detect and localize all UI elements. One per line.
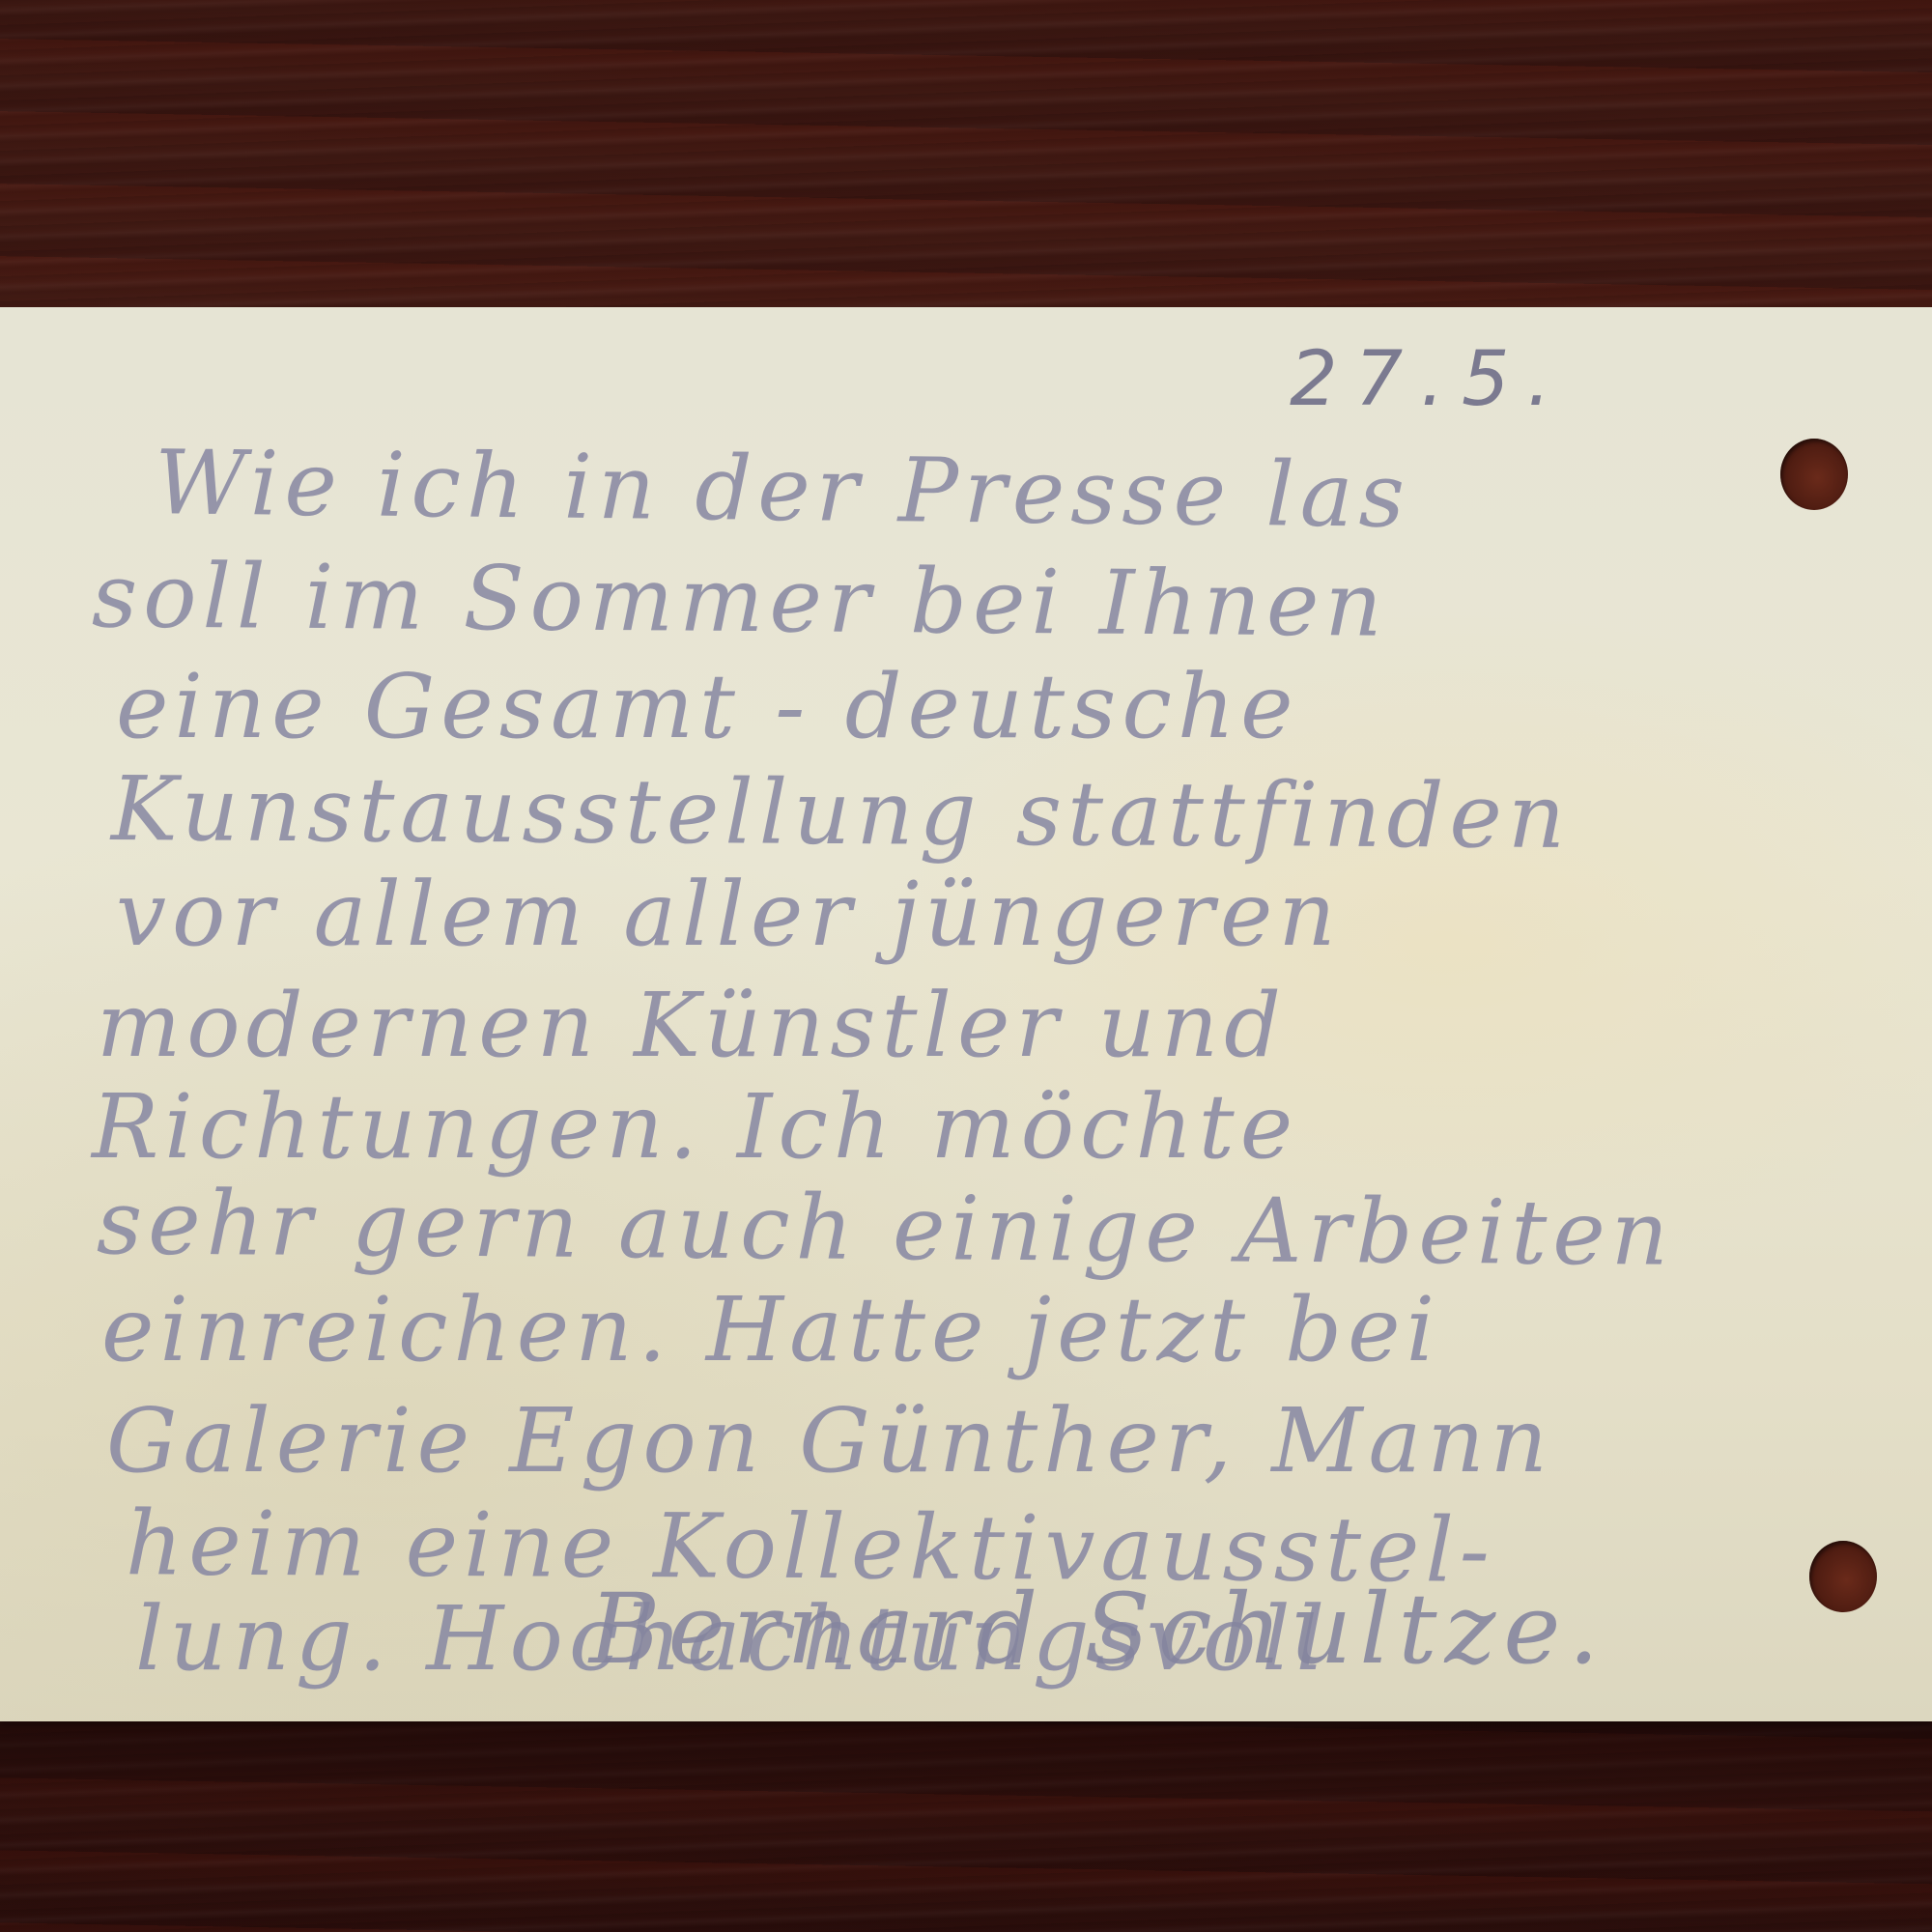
text-line-10: Galerie Egon Günther, Mann [106,1389,1553,1492]
text-line-6: modernen Künstler und [97,974,1287,1077]
text-line-2: soll im Sommer bei Ihnen [92,544,1388,656]
text-line-7: Richtungen. Ich möchte [92,1075,1298,1179]
text-line-8: sehr gern auch einige Arbeiten [97,1171,1675,1285]
wooden-desk-bottom [0,1721,1932,1932]
text-line-1: Wie ich in der Presse las [154,431,1410,548]
text-line-4: Kunstausstellung stattfinden [111,757,1572,868]
wooden-desk-top [0,0,1932,307]
postcard: 27.5. Wie ich in der Presse las soll im … [0,307,1932,1721]
text-line-5: vor allem aller jüngeren [116,863,1342,966]
signature: Bernard Schultze. [589,1573,1606,1686]
text-line-9: einreichen. Hatte jetzt bei [101,1278,1440,1381]
punch-hole-top [1780,439,1848,510]
date: 27.5. [1290,336,1568,423]
text-line-3: eine Gesamt - deutsche [116,655,1299,758]
punch-hole-bottom [1809,1541,1877,1612]
